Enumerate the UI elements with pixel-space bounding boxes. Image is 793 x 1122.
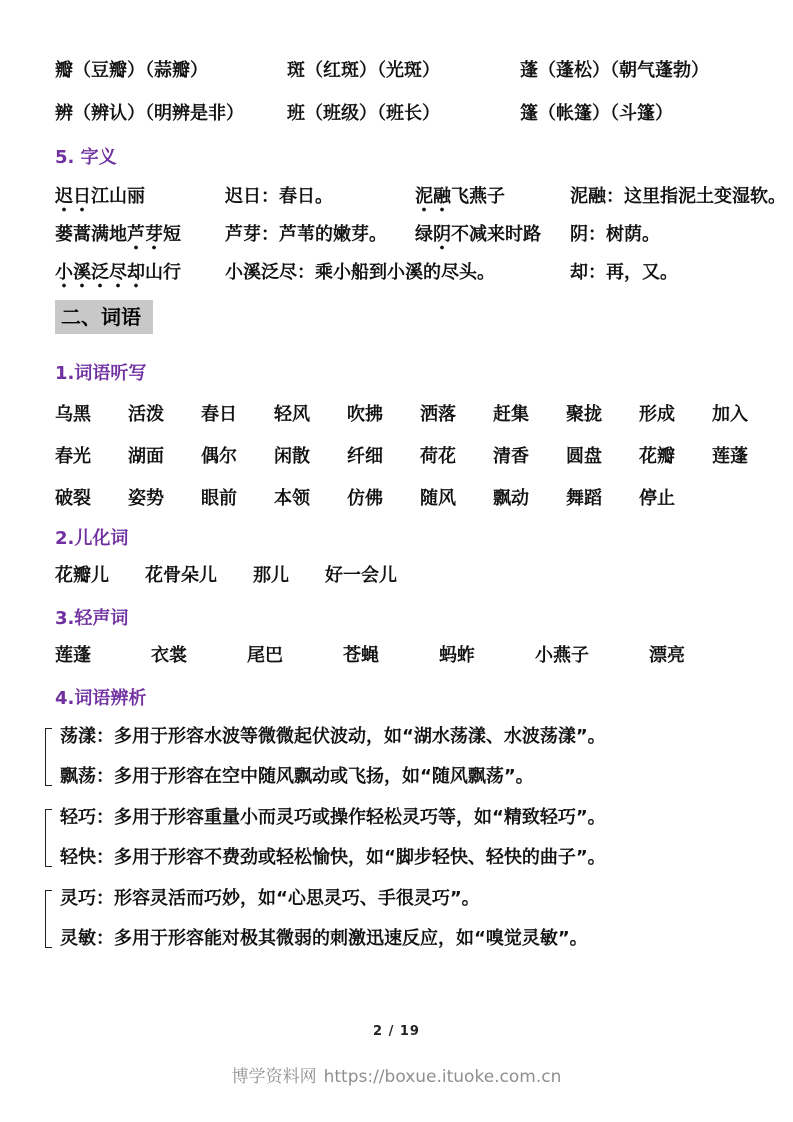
section-heading-ziyi: 5. 字义 <box>55 146 738 170</box>
phrase-emphasized: 迟日 <box>55 186 91 212</box>
phrase-plain: 飞燕子 <box>451 186 505 207</box>
ziyi-phrase: 小溪泛尽却山行 <box>55 262 225 284</box>
tingxie-word: 清香 <box>493 446 566 468</box>
duoyin-item: 瓣（豆瓣）（蒜瓣） <box>55 60 287 82</box>
bianxi-pair-lines: 荡漾：多用于形容水波等微微起伏波动，如“湖水荡漾、水波荡漾”。 飘荡：多用于形容… <box>60 726 606 788</box>
tingxie-word: 偶尔 <box>201 446 274 468</box>
tingxie-word: 莲蓬 <box>712 446 748 468</box>
bianxi-pair: 轻巧：多用于形容重量小而灵巧或操作轻松灵巧等，如“精致轻巧”。 轻快：多用于形容… <box>55 807 738 869</box>
phrase-emphasized: 阴 <box>433 224 451 250</box>
qingsheng-word: 莲蓬 <box>55 645 91 667</box>
ziyi-phrase: 迟日江山丽 <box>55 186 225 208</box>
qingsheng-word: 苍蝇 <box>343 645 379 667</box>
tingxie-word: 随风 <box>420 488 493 510</box>
ziyi-phrase: 绿阴不减来时路 <box>415 224 570 246</box>
tingxie-word: 本领 <box>274 488 347 510</box>
erhua-word-list: 花瓣儿 花骨朵儿 那儿 好一会儿 <box>55 565 738 587</box>
erhua-word: 好一会儿 <box>325 565 397 587</box>
bianxi-line: 灵巧：形容灵活而巧妙，如“心思灵巧、手很灵巧”。 <box>60 888 588 910</box>
tingxie-word: 姿势 <box>128 488 201 510</box>
duoyin-item: 班（班级）（班长） <box>287 103 520 125</box>
qingsheng-word: 小燕子 <box>535 645 589 667</box>
phrase-emphasized: 泥融 <box>415 186 451 212</box>
subsection-heading-bianxi: 4.词语辨析 <box>55 687 738 711</box>
phrase-plain: 不减来时路 <box>451 224 541 245</box>
duoyin-item: 斑（红斑）（光斑） <box>287 60 520 82</box>
tingxie-word: 洒落 <box>420 404 493 426</box>
ziyi-phrase: 蒌蒿满地芦芽短 <box>55 224 225 246</box>
ziyi-definition: 小溪泛尽：乘小船到小溪的尽头。 <box>225 262 570 284</box>
watermark-site-name: 博学资料网 <box>232 1066 317 1088</box>
tingxie-word: 形成 <box>639 404 712 426</box>
tingxie-word-grid: 乌黑 活泼 春日 轻风 吹拂 洒落 赶集 聚拢 形成 加入 春光 湖面 偶尔 闲… <box>55 404 738 510</box>
qingsheng-word-list: 莲蓬 衣裳 尾巴 苍蝇 蚂蚱 小燕子 漂亮 <box>55 645 738 667</box>
erhua-word: 花骨朵儿 <box>145 565 217 587</box>
tingxie-word: 纤细 <box>347 446 420 468</box>
watermark-url[interactable]: https://boxue.ituoke.com.cn <box>324 1066 562 1088</box>
ziyi-definition: 芦芽：芦苇的嫩芽。 <box>225 224 415 246</box>
bracket-icon <box>45 728 52 786</box>
phrase-emphasized: 芦芽 <box>127 224 163 250</box>
tingxie-word: 加入 <box>712 404 748 426</box>
qingsheng-word: 尾巴 <box>247 645 283 667</box>
tingxie-word: 荷花 <box>420 446 493 468</box>
tingxie-word: 轻风 <box>274 404 347 426</box>
tingxie-word: 飘动 <box>493 488 566 510</box>
bianxi-pair: 灵巧：形容灵活而巧妙，如“心思灵巧、手很灵巧”。 灵敏：多用于形容能对极其微弱的… <box>55 888 738 950</box>
ziyi-phrase: 泥融飞燕子 <box>415 186 570 208</box>
ziyi-definition: 却：再，又。 <box>570 262 786 284</box>
duoyin-row: 辨（辨认）（明辨是非） 班（班级）（班长） 篷（帐篷）（斗篷） <box>55 103 738 125</box>
tingxie-word: 破裂 <box>55 488 128 510</box>
phrase-emphasized: 小溪泛尽却 <box>55 262 145 288</box>
tingxie-word: 停止 <box>639 488 712 510</box>
subsection-heading-qingsheng: 3.轻声词 <box>55 607 738 631</box>
phrase-plain: 短 <box>163 224 181 245</box>
page-number: 2 / 19 <box>0 1024 793 1039</box>
tingxie-word: 吹拂 <box>347 404 420 426</box>
tingxie-word: 活泼 <box>128 404 201 426</box>
erhua-word: 那儿 <box>253 565 289 587</box>
bracket-icon <box>45 890 52 948</box>
watermark: 博学资料网 https://boxue.ituoke.com.cn <box>0 1066 793 1088</box>
qingsheng-word: 漂亮 <box>649 645 685 667</box>
tingxie-word: 仿佛 <box>347 488 420 510</box>
tingxie-word: 眼前 <box>201 488 274 510</box>
qingsheng-word: 衣裳 <box>151 645 187 667</box>
tingxie-word: 春日 <box>201 404 274 426</box>
bianxi-line: 飘荡：多用于形容在空中随风飘动或飞扬，如“随风飘荡”。 <box>60 766 606 788</box>
tingxie-word: 花瓣 <box>639 446 712 468</box>
document-page: 瓣（豆瓣）（蒜瓣） 斑（红斑）（光斑） 蓬（蓬松）（朝气蓬勃） 辨（辨认）（明辨… <box>0 0 793 1122</box>
bianxi-line: 轻巧：多用于形容重量小而灵巧或操作轻松灵巧等，如“精致轻巧”。 <box>60 807 606 829</box>
ziyi-table: 迟日江山丽 迟日：春日。 泥融飞燕子 泥融：这里指泥土变湿软。 蒌蒿满地芦芽短 … <box>55 186 738 284</box>
bianxi-pair-lines: 灵巧：形容灵活而巧妙，如“心思灵巧、手很灵巧”。 灵敏：多用于形容能对极其微弱的… <box>60 888 588 950</box>
tingxie-word: 舞蹈 <box>566 488 639 510</box>
phrase-plain: 蒌蒿满地 <box>55 224 127 245</box>
duoyin-item: 篷（帐篷）（斗篷） <box>520 103 738 125</box>
tingxie-word: 赶集 <box>493 404 566 426</box>
duoyin-row: 瓣（豆瓣）（蒜瓣） 斑（红斑）（光斑） 蓬（蓬松）（朝气蓬勃） <box>55 60 738 82</box>
section-heading-ciyu: 二、词语 <box>55 300 153 334</box>
bracket-icon <box>45 809 52 867</box>
phrase-plain: 山行 <box>145 262 181 283</box>
ziyi-definition: 迟日：春日。 <box>225 186 415 208</box>
tingxie-word: 聚拢 <box>566 404 639 426</box>
ziyi-definition: 泥融：这里指泥土变湿软。 <box>570 186 786 208</box>
subsection-heading-tingxie: 1.词语听写 <box>55 362 738 386</box>
bianxi-line: 轻快：多用于形容不费劲或轻松愉快，如“脚步轻快、轻快的曲子”。 <box>60 847 606 869</box>
phrase-plain: 江山丽 <box>91 186 145 207</box>
subsection-heading-erhua: 2.儿化词 <box>55 527 738 551</box>
tingxie-word: 圆盘 <box>566 446 639 468</box>
section-heading-ciyu-wrap: 二、词语 <box>55 300 738 334</box>
page-content: 瓣（豆瓣）（蒜瓣） 斑（红斑）（光斑） 蓬（蓬松）（朝气蓬勃） 辨（辨认）（明辨… <box>0 0 793 950</box>
tingxie-word: 湖面 <box>128 446 201 468</box>
phrase-plain: 绿 <box>415 224 433 245</box>
bianxi-line: 荡漾：多用于形容水波等微微起伏波动，如“湖水荡漾、水波荡漾”。 <box>60 726 606 748</box>
tingxie-word: 闲散 <box>274 446 347 468</box>
erhua-word: 花瓣儿 <box>55 565 109 587</box>
bianxi-pair: 荡漾：多用于形容水波等微微起伏波动，如“湖水荡漾、水波荡漾”。 飘荡：多用于形容… <box>55 726 738 788</box>
ziyi-definition: 阴：树荫。 <box>570 224 786 246</box>
bianxi-pair-lines: 轻巧：多用于形容重量小而灵巧或操作轻松灵巧等，如“精致轻巧”。 轻快：多用于形容… <box>60 807 606 869</box>
tingxie-word: 春光 <box>55 446 128 468</box>
qingsheng-word: 蚂蚱 <box>439 645 475 667</box>
duoyin-item: 蓬（蓬松）（朝气蓬勃） <box>520 60 738 82</box>
bianxi-line: 灵敏：多用于形容能对极其微弱的刺激迅速反应，如“嗅觉灵敏”。 <box>60 928 588 950</box>
tingxie-word: 乌黑 <box>55 404 128 426</box>
duoyin-item: 辨（辨认）（明辨是非） <box>55 103 287 125</box>
